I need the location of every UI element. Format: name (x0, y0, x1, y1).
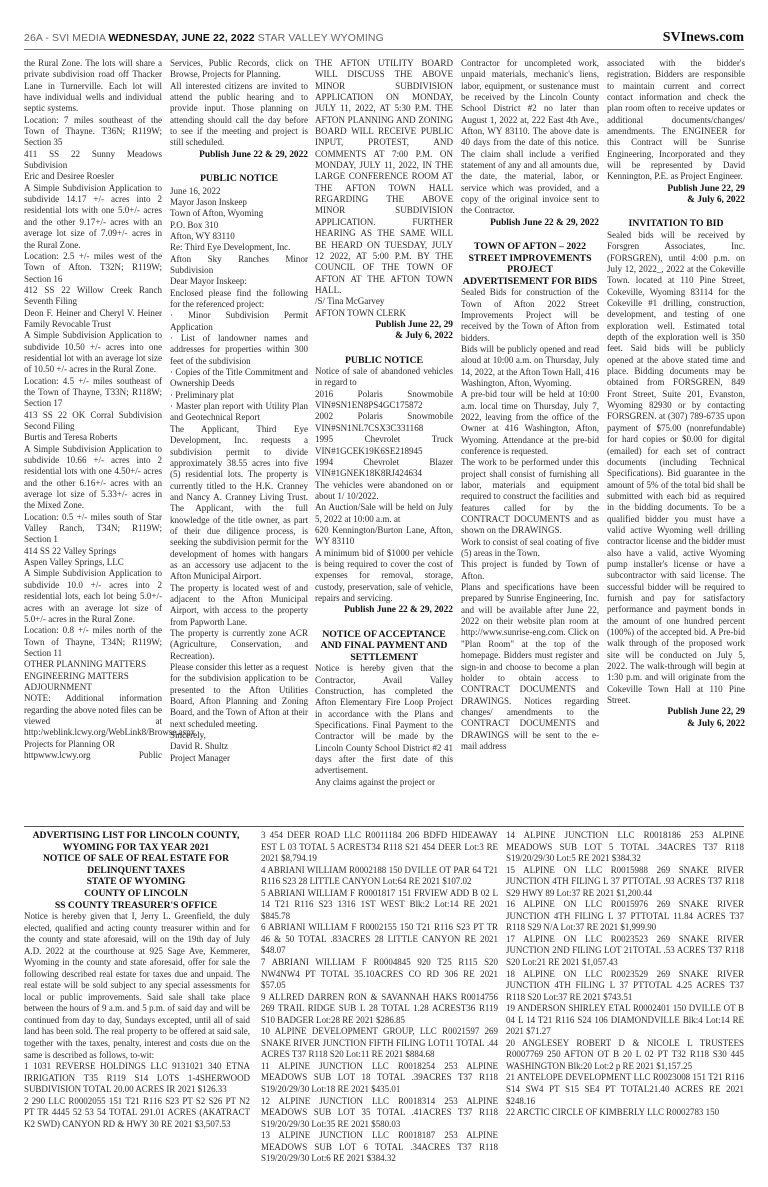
issue-date: WEDNESDAY, JUNE 22, 2022 (108, 32, 254, 44)
paragraph: Location: 2.5 +/- miles west of the Town… (24, 251, 162, 285)
tax-entry: 1 1031 REVERSE HOLDINGS LLC 9131021 340 … (24, 1061, 250, 1096)
weblink-note[interactable]: NOTE: Additional information regarding t… (24, 693, 162, 750)
tax-entry: 19 ANDERSON SHIRLEY ETAL R0002401 150 DV… (506, 1003, 744, 1038)
tax-entry: 7 ABRIANI WILLIAM F R0004845 920 T25 R11… (261, 957, 498, 992)
paragraph: Bids will be publicly opened and read al… (461, 344, 599, 389)
paragraph: ENGINEERING MATTERS (24, 671, 162, 682)
paragraph: Burtis and Teresa Roberts (24, 432, 162, 443)
paragraph: Location: 4.5 +/- miles southeast of the… (24, 376, 162, 410)
paragraph: A pre-bid tour will be held at 10:00 a.m… (461, 389, 599, 457)
paragraph: All interested citizens are invited to a… (170, 81, 308, 149)
signature: /S/ Tina McGarvey (315, 296, 453, 307)
address-line: P.O. Box 310 (170, 220, 308, 231)
page-masthead: 26A - SVI MEDIA WEDNESDAY, JUNE 22, 2022… (24, 30, 744, 50)
tax-entry: 20 ANGLESEY ROBERT D & NICOLE L TRUSTEES… (506, 1038, 744, 1073)
hearing-announcement: THE AFTON UTILITY BOARD WILL DISCUSS THE… (315, 58, 453, 296)
paragraph: Notice is hereby given that the Contract… (315, 663, 453, 776)
vehicle-entry: 1994 Chevrolet Blazer VIN#1GNEK18K8RJ424… (315, 457, 453, 480)
tax-column-2: 3 454 DEER ROAD LLC R0011184 206 BDFD HI… (261, 830, 498, 1165)
paragraph: Contractor for uncompleted work, unpaid … (461, 58, 599, 217)
publish-line: Publish June 22, 29 & July 6, 2022 (315, 320, 453, 343)
page-number: 26A - SVI MEDIA (24, 32, 105, 44)
enclosure-item: · Minor Subdivision Permit Application (170, 310, 308, 333)
enclosure-item: · List of landowner names and addresses … (170, 333, 308, 367)
subject-line: Re: Third Eye Development, Inc. (170, 242, 308, 253)
tax-list-heading: ADVERTISING LIST FOR LINCOLN COUNTY, WYO… (24, 830, 248, 911)
tax-column-1: Notice is hereby given that I, Jerry L. … (24, 911, 250, 1130)
tax-intro: Notice is hereby given that I, Jerry L. … (24, 911, 250, 1061)
paragraph: The property is located west of and adja… (170, 583, 308, 628)
paragraph: Sealed Bids for construction of the Town… (461, 287, 599, 344)
enclosure-item: · Copies of the Title Commitment and Own… (170, 367, 308, 390)
notice-heading: PUBLIC NOTICE (315, 355, 453, 367)
column-5-invitation: associated with the bidder's registratio… (607, 58, 745, 742)
vehicle-entry: 2002 Polaris Snowmobile VIN#SN1NL7CSX3C3… (315, 411, 453, 434)
tax-entry: 9 ALLRED DARREN RON & SAVANNAH HAKS R001… (261, 992, 498, 1027)
paragraph: Deon F. Heiner and Cheryl V. Heiner Fami… (24, 308, 162, 331)
column-2-public-notice: Services, Public Records, click on Brows… (170, 58, 308, 764)
paragraph: Location: 0.5 +/- miles south of Star Va… (24, 512, 162, 546)
publish-line: Publish June 22 & 29, 2022 (170, 150, 308, 161)
paragraph: Eric and Desiree Roesler (24, 171, 162, 182)
tax-entry: 13 ALPINE JUNCTION LLC R0018187 253 ALPI… (261, 1130, 498, 1165)
paragraph: Work to consist of seal coating of five … (461, 537, 599, 560)
paragraph: 411 SS 22 Sunny Meadows Subdivision (24, 149, 162, 172)
column-1-planning-agenda: the Rural Zone. The lots will share a pr… (24, 58, 162, 761)
paragraph: This project is funded by Town of Afton. (461, 559, 599, 582)
paragraph: associated with the bidder's registratio… (607, 58, 745, 183)
paragraph: The work to be performed under this proj… (461, 457, 599, 536)
address-line: Town of Afton, Wyoming (170, 208, 308, 219)
paragraph: An Auction/Sale will be held on July 5, … (315, 502, 453, 525)
publish-line: Publish June 22, 29 & July 6, 2022 (607, 707, 745, 730)
closing: Sincerely, (170, 730, 308, 741)
tax-entry: 22 ARCTIC CIRCLE OF KIMBERLY LLC R000278… (506, 1107, 744, 1119)
masthead-left: 26A - SVI MEDIA WEDNESDAY, JUNE 22, 2022… (24, 32, 384, 44)
paragraph: A minimum bid of $1000 per vehicle is be… (315, 548, 453, 605)
paragraph: Please consider this letter as a request… (170, 662, 308, 730)
enclosure-item: · Preliminary plat (170, 390, 308, 401)
region-label: STAR VALLEY WYOMING (258, 32, 384, 44)
paragraph: A Simple Subdivision Application to subd… (24, 183, 162, 251)
paragraph: The property is currently zone ACR (Agri… (170, 628, 308, 662)
publish-line: Publish June 22 & 29, 2022 (461, 218, 599, 229)
paragraph: 412 SS 22 Willow Creek Ranch Seventh Fil… (24, 285, 162, 308)
paragraph: ADJOURNMENT (24, 682, 162, 693)
tax-entry: 18 ALPINE ON LLC R0023529 269 SNAKE RIVE… (506, 969, 744, 1004)
paragraph: 620 Kennington/Burton Lane, Afton, WY 83… (315, 525, 453, 548)
tax-entry: 2 290 LLC R0002055 151 T21 R116 S23 PT S… (24, 1096, 250, 1131)
paragraph: 414 SS 22 Valley Springs (24, 546, 162, 557)
notice-heading: PUBLIC NOTICE (170, 173, 308, 185)
addressee: Mayor Jason Inskeep (170, 197, 308, 208)
site-link[interactable]: SVInews.com (663, 30, 744, 46)
paragraph: Aspen Valley Springs, LLC (24, 557, 162, 568)
publish-line: Publish June 22, 29 & July 6, 2022 (607, 184, 745, 207)
paragraph: OTHER PLANNING MATTERS (24, 659, 162, 670)
address-line: Afton, WY 83110 (170, 231, 308, 242)
paragraph: Plans and specifications have been prepa… (461, 582, 599, 752)
tax-entry: 17 ALPINE ON LLC R0023523 269 SNAKE RIVE… (506, 934, 744, 969)
column-4-bids: Contractor for uncompleted work, unpaid … (461, 58, 599, 752)
notice-subheading: ADVERTISEMENT FOR BIDS (461, 276, 599, 288)
subject-line: Afton Sky Ranches Minor Subdivision (170, 254, 308, 277)
tax-entry: 4 ABRIANI WILLIAM R0002188 150 DVILLE OT… (261, 865, 498, 888)
salutation: Dear Mayor Inskeep: (170, 276, 308, 287)
tax-entry: 3 454 DEER ROAD LLC R0011184 206 BDFD HI… (261, 830, 498, 865)
website-link[interactable]: httpwww.lcwy.org Public (24, 750, 162, 761)
paragraph: The vehicles were abandoned on or about … (315, 480, 453, 503)
vehicle-entry: 1995 Chevrolet Truck VIN#1GCEK19K6SE2189… (315, 434, 453, 457)
tax-column-3: 14 ALPINE JUNCTION LLC R0018186 253 ALPI… (506, 830, 744, 1119)
column-3-notices: THE AFTON UTILITY BOARD WILL DISCUSS THE… (315, 58, 453, 788)
tax-entry: 12 ALPINE JUNCTION LLC R0018314 253 ALPI… (261, 1096, 498, 1131)
paragraph: Any claims against the project or (315, 777, 453, 788)
tax-entry: 21 ANTELOPE DEVELOPMENT LLC R0023008 151… (506, 1072, 744, 1107)
notice-heading: INVITATION TO BID (607, 218, 745, 230)
signature-title: AFTON TOWN CLERK (315, 308, 453, 319)
paragraph: 413 SS 22 OK Corral Subdivision Second F… (24, 410, 162, 433)
paragraph: A Simple Subdivision Application to subd… (24, 444, 162, 512)
signatory-title: Project Manager (170, 753, 308, 764)
paragraph: A Simple Subdivision Application to subd… (24, 568, 162, 625)
tax-entry: 5 ABRIANI WILLIAM F R0001817 151 FRVIEW … (261, 888, 498, 923)
paragraph: Sealed bids will be received by Forsgren… (607, 230, 745, 706)
notice-heading: TOWN OF AFTON – 2022 STREET IMPROVEMENTS… (461, 241, 599, 276)
enclosure-item: · Master plan report with Utility Plan a… (170, 401, 308, 424)
letter-date: June 16, 2022 (170, 186, 308, 197)
paragraph: A Simple Subdivision Application to subd… (24, 330, 162, 375)
tax-entry: 11 ALPINE JUNCTION LLC R0018254 253 ALPI… (261, 1061, 498, 1096)
paragraph: Location: 0.8 +/- miles north of the Tow… (24, 625, 162, 659)
paragraph: Location: 7 miles southeast of the Town … (24, 115, 162, 149)
paragraph: Notice of sale of abandoned vehicles in … (315, 366, 453, 389)
vehicle-entry: 2016 Polaris Snowmobile VIN#SN1EN8PS4GC1… (315, 389, 453, 412)
tax-entry: 14 ALPINE JUNCTION LLC R0018186 253 ALPI… (506, 830, 744, 865)
tax-entry: 15 ALPINE ON LLC R0015988 269 SNAKE RIVE… (506, 865, 744, 900)
paragraph: The Applicant, Third Eye Development, In… (170, 424, 308, 583)
paragraph: Services, Public Records, click on Brows… (170, 58, 308, 81)
signatory: David R. Shultz (170, 741, 308, 752)
notice-heading: NOTICE OF ACCEPTANCE AND FINAL PAYMENT A… (315, 629, 453, 664)
tax-entry: 6 ABRIANI WILLIAM F R0002155 150 T21 R11… (261, 922, 498, 957)
tax-entry: 16 ALPINE ON LLC R0015976 269 SNAKE RIVE… (506, 899, 744, 934)
tax-entry: 10 ALPINE DEVELOPMENT GROUP, LLC R002159… (261, 1026, 498, 1061)
publish-line: Publish June 22 & 29, 2022 (315, 605, 453, 616)
paragraph: Enclosed please find the following for t… (170, 288, 308, 311)
paragraph: the Rural Zone. The lots will share a pr… (24, 58, 162, 115)
section-divider (24, 826, 744, 827)
